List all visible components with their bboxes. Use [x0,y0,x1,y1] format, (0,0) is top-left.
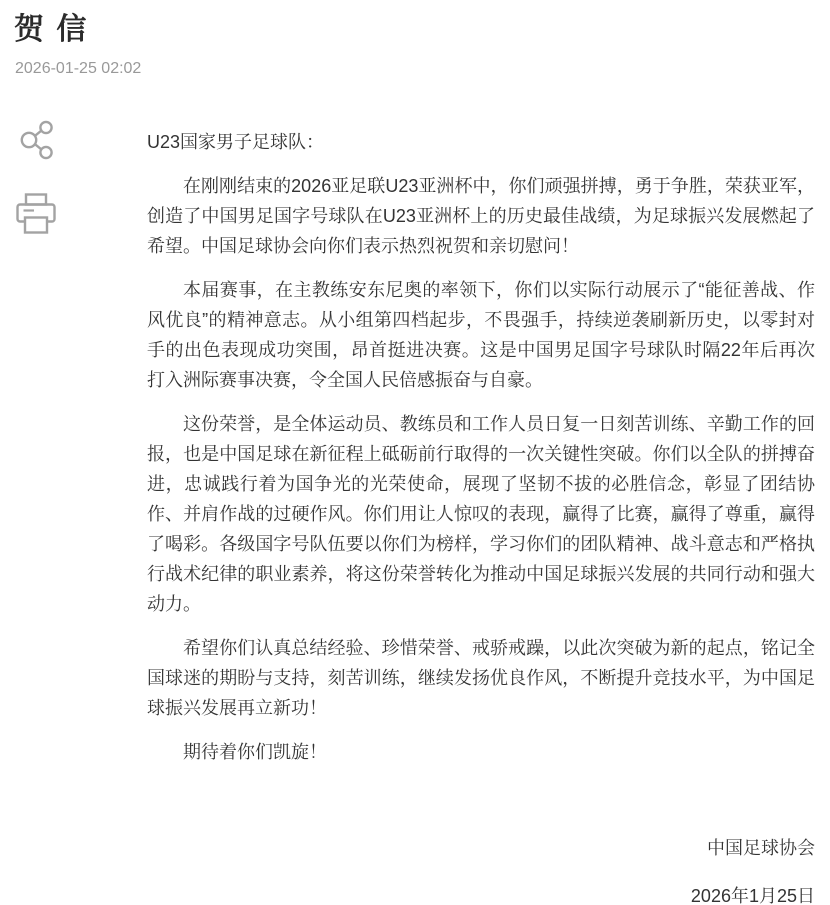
paragraph-1: 在刚刚结束的2026亚足联U23亚洲杯中，你们顽强拼搏，勇于争胜，荣获亚军，创造… [147,171,815,261]
share-icon [19,148,53,163]
paragraph-5: 期待着你们凯旋！ [147,737,815,767]
paragraph-2: 本届赛事，在主教练安东尼奥的率领下，你们以实际行动展示了“能征善战、作风优良”的… [147,275,815,395]
printer-icon [15,224,57,239]
letter-body: U23国家男子足球队： 在刚刚结束的2026亚足联U23亚洲杯中，你们顽强拼搏，… [147,127,815,905]
tools-sidebar [12,120,60,236]
article-page: 贺 信 2026-01-25 02:02 [0,0,830,905]
signature-date: 2026年1月25日 [147,881,815,905]
signature-org: 中国足球协会 [147,833,815,863]
salutation: U23国家男子足球队： [147,127,815,157]
article-header: 贺 信 2026-01-25 02:02 [0,0,830,79]
paragraph-4: 希望你们认真总结经验、珍惜荣誉、戒骄戒躁，以此次突破为新的起点，铭记全国球迷的期… [147,633,815,723]
print-button[interactable] [15,192,57,236]
share-button[interactable] [19,120,53,160]
publish-date: 2026-01-25 02:02 [15,59,830,79]
page-title: 贺 信 [14,10,830,50]
paragraph-3: 这份荣誉，是全体运动员、教练员和工作人员日复一日刻苦训练、辛勤工作的回报，也是中… [147,409,815,619]
